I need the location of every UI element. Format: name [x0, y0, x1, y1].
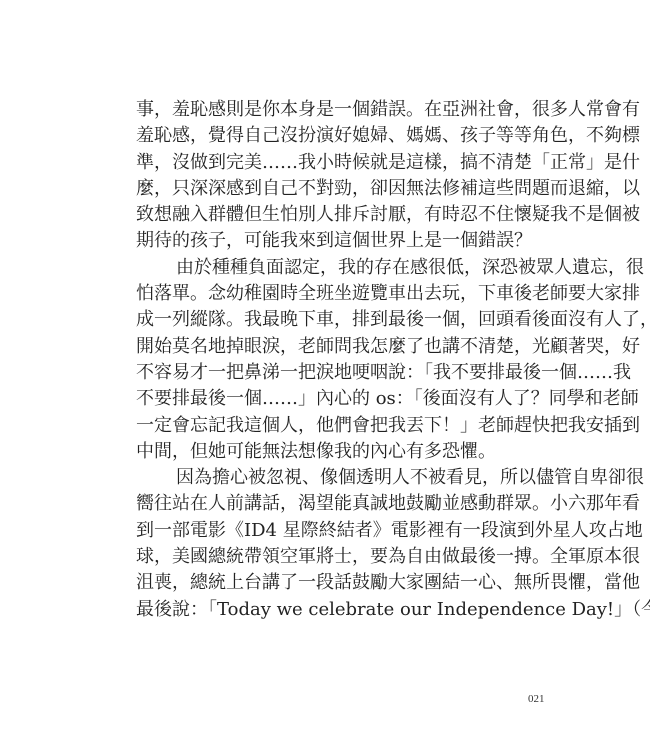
text-line: 準，沒做到完美……我小時候就是這樣，搞不清楚「正常」是什 — [136, 150, 520, 176]
page-number: 021 — [528, 693, 545, 705]
text-line: 一定會忘記我這個人，他們會把我丟下！」老師趕快把我安插到 — [136, 413, 520, 439]
body-text: 事，羞恥感則是你本身是一個錯誤。在亞洲社會，很多人常會有 羞恥感，覺得自己沒扮演… — [136, 97, 520, 623]
book-page: 事，羞恥感則是你本身是一個錯誤。在亞洲社會，很多人常會有 羞恥感，覺得自己沒扮演… — [0, 0, 650, 750]
text-line: 嚮往站在人前講話，渴望能真誠地鼓勵並感動群眾。小六那年看 — [136, 491, 520, 517]
text-line: 成一列縱隊。我最晚下車，排到最後一個，回頭看後面沒有人了， — [136, 307, 520, 333]
text-line: 不容易才一把鼻涕一把淚地哽咽說：「我不要排最後一個……我 — [136, 360, 520, 386]
text-line: 事，羞恥感則是你本身是一個錯誤。在亞洲社會，很多人常會有 — [136, 97, 520, 123]
text-line: 由於種種負面認定，我的存在感很低，深恐被眾人遺忘，很 — [136, 255, 520, 281]
text-line: 麼，只深深感到自己不對勁，卻因無法修補這些問題而退縮，以 — [136, 176, 520, 202]
text-line: 羞恥感，覺得自己沒扮演好媳婦、媽媽、孩子等等角色，不夠標 — [136, 123, 520, 149]
text-line: 到一部電影《ID4 星際終結者》電影裡有一段演到外星人攻占地 — [136, 518, 520, 544]
text-line: 開始莫名地掉眼淚，老師問我怎麼了也講不清楚，光顧著哭，好 — [136, 334, 520, 360]
text-line: 致想融入群體但生怕別人排斥討厭，有時忍不住懷疑我不是個被 — [136, 202, 520, 228]
text-line: 因為擔心被忽視、像個透明人不被看見，所以儘管自卑卻很 — [136, 465, 520, 491]
paragraph-3: 因為擔心被忽視、像個透明人不被看見，所以儘管自卑卻很 嚮往站在人前講話，渴望能真… — [136, 465, 520, 623]
text-line: 中間，但她可能無法想像我的內心有多恐懼。 — [136, 439, 520, 465]
paragraph-2: 由於種種負面認定，我的存在感很低，深恐被眾人遺忘，很 怕落單。念幼稚園時全班坐遊… — [136, 255, 520, 465]
text-line: 不要排最後一個……」內心的 os：「後面沒有人了？同學和老師 — [136, 386, 520, 412]
text-line: 沮喪，總統上台講了一段話鼓勵大家團結一心、無所畏懼，當他 — [136, 570, 520, 596]
text-line: 怕落單。念幼稚園時全班坐遊覽車出去玩，下車後老師要大家排 — [136, 281, 520, 307]
paragraph-1: 事，羞恥感則是你本身是一個錯誤。在亞洲社會，很多人常會有 羞恥感，覺得自己沒扮演… — [136, 97, 520, 255]
text-line: 最後說：「Today we celebrate our Independence… — [136, 597, 520, 623]
text-line: 球，美國總統帶領空軍將士，要為自由做最後一搏。全軍原本很 — [136, 544, 520, 570]
text-line: 期待的孩子，可能我來到這個世界上是一個錯誤？ — [136, 228, 520, 254]
